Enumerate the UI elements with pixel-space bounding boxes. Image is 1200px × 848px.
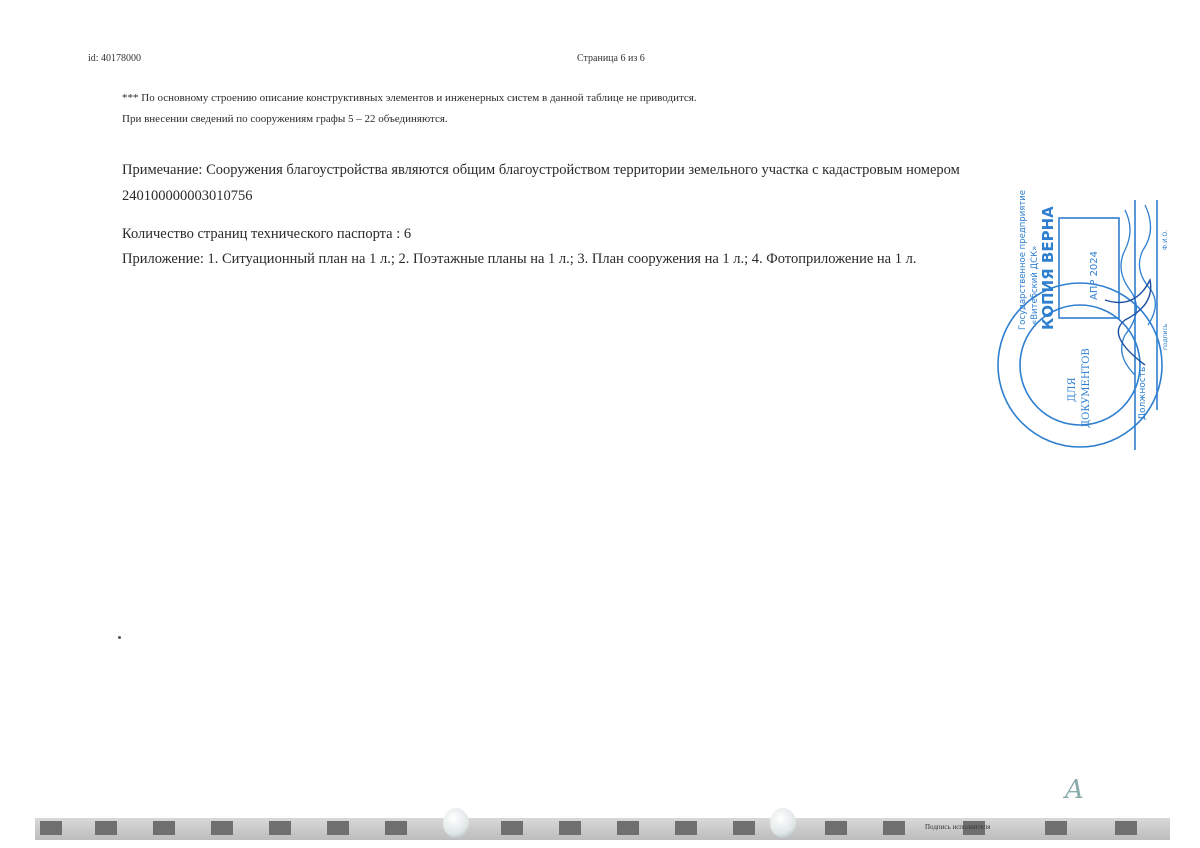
perforation-strip: Подпись исполнителя (35, 818, 1170, 840)
cadastral-number: 240100000003010756 (122, 188, 253, 205)
stamp-org-1: Государственное предприятие (1018, 190, 1028, 330)
stamp-center-2: ДОКУМЕНТОВ (1081, 348, 1092, 428)
stamp-field-name: Ф.И.О. (1162, 230, 1169, 250)
stamp-graphic: КОПИЯ ВЕРНА АПР 2024 Государственное пре… (985, 180, 1185, 480)
page-count: Количество страниц технического паспорта… (122, 226, 411, 243)
stamp-field-position: Должность (1138, 367, 1148, 420)
attachments-list: Приложение: 1. Ситуационный план на 1 л.… (122, 251, 916, 268)
stamp-date: АПР 2024 (1089, 251, 1100, 300)
document-id: id: 40178000 (88, 53, 141, 64)
strip-label: Подпись исполнителя (925, 823, 990, 831)
stamp-title: КОПИЯ ВЕРНА (1039, 206, 1057, 330)
page-number: Страница 6 из 6 (577, 53, 645, 64)
certification-stamp: КОПИЯ ВЕРНА АПР 2024 Государственное пре… (985, 180, 1185, 480)
footnote-columns: При внесении сведений по сооружениям гра… (122, 113, 448, 125)
scan-speck (118, 636, 121, 639)
stamp-center-1: ДЛЯ (1067, 377, 1078, 402)
remark-text: Примечание: Сооружения благоустройства я… (122, 162, 960, 179)
footnote-construction: *** По основному строению описание конст… (122, 92, 697, 104)
stamp-org-2: «Витебский ДСК» (1030, 246, 1040, 325)
stamp-field-signature: подпись (1162, 323, 1169, 350)
handwritten-initials: A (1065, 775, 1084, 805)
